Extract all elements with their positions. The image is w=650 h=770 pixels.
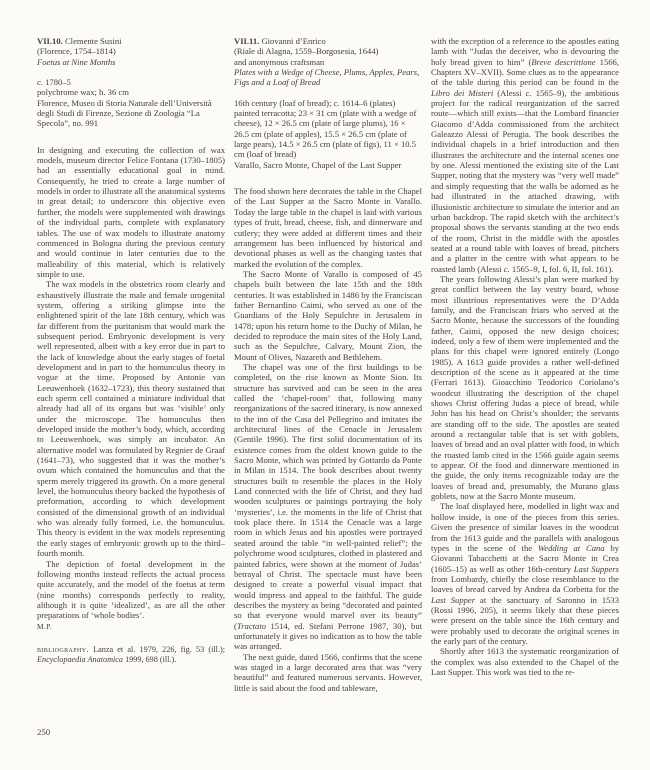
text-run: Libro dei Misteri (431, 88, 493, 98)
text-run: The chapel was one of the first building… (234, 362, 422, 631)
body-paragraph: The chapel was one of the first building… (234, 362, 422, 652)
entry-title: Plates with a Wedge of Cheese, Plums, Ap… (234, 67, 422, 88)
text-run: Lanza et al. 1979, 226, fig. 53 (ill.); (89, 645, 225, 654)
entry-body-vii11-part2: with the exception of a reference to the… (431, 36, 619, 677)
text-run: VII.11. (234, 36, 259, 46)
entry-craftsman-note: and anonymous craftsman (234, 57, 422, 67)
entry-number-artist: VII.11. Giovanni d’Enrico (234, 36, 422, 46)
text-run: The years following Alessi’s plan were m… (431, 274, 619, 501)
entry-body-vii10: In designing and executing the collectio… (37, 145, 225, 621)
text-run: Last Suppers (574, 564, 619, 574)
entry-number-artist: VII.10. Clemente Susini (37, 36, 225, 46)
body-paragraph: In designing and executing the collectio… (37, 145, 225, 279)
entry-medium: polychrome wax; h. 36 cm (37, 87, 225, 97)
text-run: 1614–6 (plates) (339, 98, 395, 108)
text-run: In designing and executing the collectio… (37, 145, 225, 279)
body-paragraph: The depiction of foetal development in t… (37, 559, 225, 621)
entry-tombstone: c. 1780–5 polychrome wax; h. 36 cm Flore… (37, 77, 225, 129)
body-paragraph: The food shown here decorates the table … (234, 186, 422, 269)
body-paragraph: Shortly after 1613 the systematic reorga… (431, 646, 619, 677)
entry-location: Florence, Museo di Storia Naturale dell’… (37, 98, 225, 129)
body-paragraph: with the exception of a reference to the… (431, 36, 619, 274)
text-run: Wedding at Cana (538, 543, 605, 553)
body-paragraph: The wax models in the obstetrics room cl… (37, 279, 225, 558)
column-middle: VII.11. Giovanni d’Enrico (Riale di Alag… (234, 36, 422, 762)
entry-date: 16th century (loaf of bread); c. 1614–6 … (234, 98, 422, 108)
text-run: bibliography. (37, 645, 89, 654)
entry-tombstone: 16th century (loaf of bread); c. 1614–6 … (234, 98, 422, 170)
text-run: Breve descrittione (531, 57, 595, 67)
text-run: Clemente Susini (63, 36, 122, 46)
text-run: The next guide, dated 1566, confirms tha… (234, 652, 422, 693)
body-paragraph: The next guide, dated 1566, confirms tha… (234, 652, 422, 693)
book-page: VII.10. Clemente Susini (Florence, 1754–… (0, 0, 650, 770)
entry-date: c. 1780–5 (37, 77, 225, 87)
text-run: Shortly after 1613 the systematic reorga… (431, 646, 619, 677)
entry-artist-dates: (Florence, 1754–1814) (37, 46, 225, 56)
text-run: 1780–5 (43, 77, 71, 87)
entry-location: Varallo, Sacro Monte, Chapel of the Last… (234, 160, 422, 170)
author-initials: M.P. (37, 622, 225, 632)
bibliography: bibliography. Lanza et al. 1979, 226, fi… (37, 645, 225, 665)
text-run: Tractato (237, 621, 266, 631)
text-run: The food shown here decorates the table … (234, 186, 422, 268)
body-paragraph: The years following Alessi’s plan were m… (431, 274, 619, 502)
body-paragraph: The Sacro Monte of Varallo is composed o… (234, 269, 422, 362)
text-run: The Sacro Monte of Varallo is composed o… (234, 269, 422, 362)
column-left: VII.10. Clemente Susini (Florence, 1754–… (37, 36, 225, 762)
text-run: Encyclopaedia Anatomica (37, 655, 123, 664)
text-run: (Alessi (493, 88, 525, 98)
entry-body-vii11-part1: The food shown here decorates the table … (234, 186, 422, 693)
column-right: with the exception of a reference to the… (431, 36, 619, 762)
text-run: 1999, 698 (ill.). (123, 655, 176, 664)
text-run: Last Supper (431, 595, 475, 605)
text-run: 16th century (loaf of bread); (234, 98, 334, 108)
text-columns: VII.10. Clemente Susini (Florence, 1754–… (37, 36, 619, 762)
text-run: 1565–9, I, fol. 6, II, fol. 161). (510, 264, 614, 274)
text-run: Giovanni d’Enrico (259, 36, 325, 46)
entry-header-vii10: VII.10. Clemente Susini (Florence, 1754–… (37, 36, 225, 129)
entry-medium-dimensions: painted terracotta; 23 × 31 cm (plate wi… (234, 108, 422, 160)
entry-title: Foetus at Nine Months (37, 57, 225, 67)
text-run: 1565–9), the ambitious project for the r… (431, 88, 619, 274)
entry-artist-dates: (Riale di Alagna, 1559–Borgosesia, 1644) (234, 46, 422, 56)
text-run: The wax models in the obstetrics room cl… (37, 279, 225, 558)
text-run: The depiction of foetal development in t… (37, 559, 225, 621)
body-paragraph: The loaf displayed here, modelled in lig… (431, 501, 619, 646)
entry-header-vii11: VII.11. Giovanni d’Enrico (Riale di Alag… (234, 36, 422, 170)
text-run: VII.10. (37, 36, 63, 46)
text-run: from Lombardy, chiefly the close resembl… (431, 574, 619, 594)
page-number: 250 (37, 727, 50, 737)
